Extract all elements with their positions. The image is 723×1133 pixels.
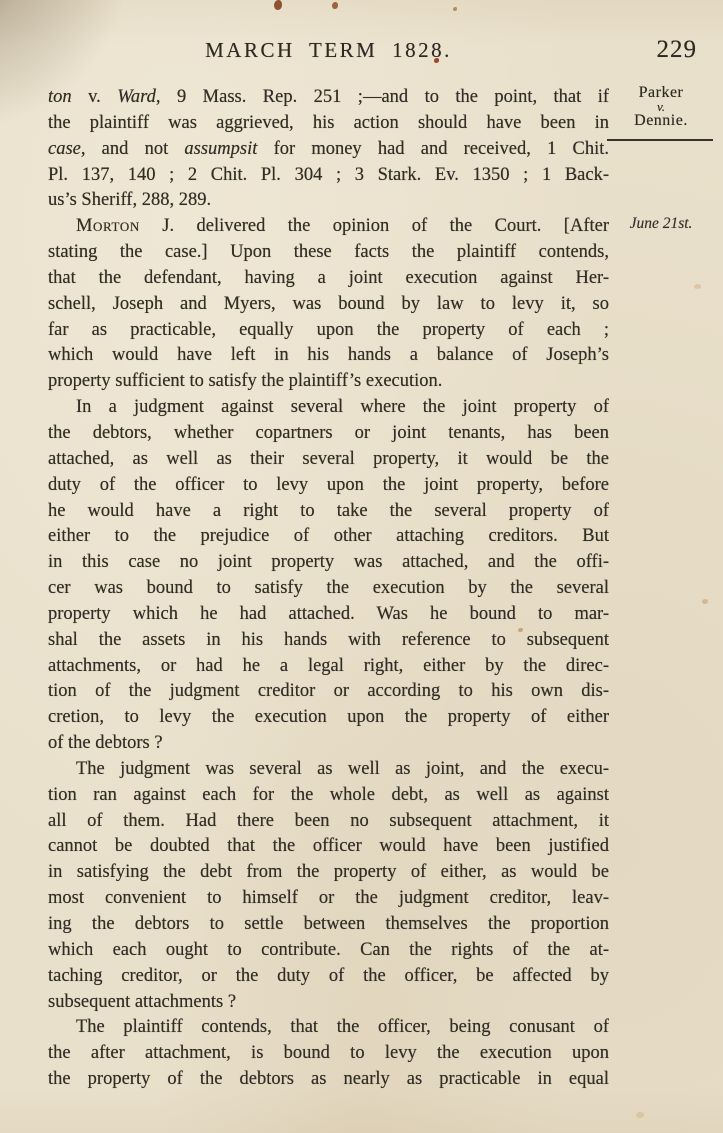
- scanned-page: MARCH TERM 1828. 229 ton v. Ward, 9 Mass…: [0, 0, 723, 1133]
- text-line: the property of the debtors as nearly as…: [48, 1067, 609, 1093]
- body-text: which each ought to contribute. Can the …: [48, 940, 609, 960]
- text-line: property sufficient to satisfy the plain…: [48, 369, 609, 395]
- body-text: property sufficient to satisfy the plain…: [48, 371, 442, 391]
- body-text: the debtors, whether copartners or joint…: [48, 423, 609, 443]
- text-line: Morton J. delivered the opinion of the C…: [48, 214, 609, 240]
- text-line: us’s Sheriff, 288, 289.: [48, 188, 609, 214]
- body-text: the plaintiff was aggrieved, his action …: [48, 113, 609, 133]
- body-text: v.: [72, 87, 118, 107]
- body-text: subsequent attachments ?: [48, 992, 236, 1012]
- small-caps-text: Morton: [76, 216, 140, 236]
- paragraph: ton v. Ward, 9 Mass. Rep. 251 ;—and to t…: [48, 85, 609, 214]
- body-text: he would have a right to take the severa…: [48, 501, 609, 521]
- text-line: most convenient to himself or the judgme…: [48, 886, 609, 912]
- text-line: that the defendant, having a joint execu…: [48, 266, 609, 292]
- text-line: which would have left in his hands a bal…: [48, 343, 609, 369]
- text-line: cannot be doubted that the officer would…: [48, 834, 609, 860]
- body-text: us’s Sheriff, 288, 289.: [48, 190, 211, 210]
- text-line: Pl. 137, 140 ; 2 Chit. Pl. 304 ; 3 Stark…: [48, 163, 609, 189]
- margin-date-note: June 21st.: [606, 215, 716, 233]
- text-line: property which he had attached. Was he b…: [48, 602, 609, 628]
- foxing-spot: [453, 7, 457, 11]
- body-text: either to the prejudice of other attachi…: [48, 526, 609, 546]
- body-text: attached, as well as their several prope…: [48, 449, 609, 469]
- text-line: attachments, or had he a legal right, ei…: [48, 654, 609, 680]
- italic-text: assumpsit: [184, 139, 257, 159]
- body-text: tion of the judgment creditor or accordi…: [48, 681, 609, 701]
- body-text: , 9 Mass. Rep. 251 ;—and to the point, t…: [156, 87, 609, 107]
- text-line: of the debtors ?: [48, 731, 609, 757]
- body-text: most convenient to himself or the judgme…: [48, 888, 609, 908]
- text-line: The plaintiff contends, that the officer…: [48, 1015, 609, 1041]
- paragraph: The plaintiff contends, that the officer…: [48, 1015, 609, 1093]
- text-line: the after attachment, is bound to levy t…: [48, 1041, 609, 1067]
- body-text: , and not: [81, 139, 185, 159]
- text-line: shal the assets in his hands with refere…: [48, 628, 609, 654]
- text-line: case, and not assumpsit for money had an…: [48, 137, 609, 163]
- text-line: duty of the officer to levy upon the joi…: [48, 473, 609, 499]
- body-text: cannot be doubted that the officer would…: [48, 836, 609, 856]
- text-line: ton v. Ward, 9 Mass. Rep. 251 ;—and to t…: [48, 85, 609, 111]
- case-versus-label: v.: [606, 101, 716, 112]
- text-line: The judgment was several as well as join…: [48, 757, 609, 783]
- page-body: ton v. Ward, 9 Mass. Rep. 251 ;—and to t…: [48, 85, 609, 1093]
- text-line: ing the debtors to settle between themse…: [48, 912, 609, 938]
- text-line: taching creditor, or the duty of the off…: [48, 964, 609, 990]
- text-line: subsequent attachments ?: [48, 990, 609, 1016]
- body-text: stating the case.] Upon these facts the …: [48, 242, 609, 262]
- italic-text: Ward: [117, 87, 156, 107]
- text-line: he would have a right to take the severa…: [48, 499, 609, 525]
- foxing-spot: [274, 0, 282, 10]
- body-text: ing the debtors to settle between themse…: [48, 914, 609, 934]
- margin-note-divider: [607, 139, 713, 141]
- body-text: schell, Joseph and Myers, was bound by l…: [48, 294, 609, 314]
- text-line: tion of the judgment creditor or accordi…: [48, 679, 609, 705]
- text-line: the debtors, whether copartners or joint…: [48, 421, 609, 447]
- text-line: which each ought to contribute. Can the …: [48, 938, 609, 964]
- case-party-defendant: Dennie.: [606, 112, 716, 129]
- body-text: far as practicable, equally upon the pro…: [48, 320, 609, 340]
- margin-case-name: Parker v. Dennie.: [606, 84, 716, 129]
- body-text: cretion, to levy the execution upon the …: [48, 707, 609, 727]
- body-text: all of them. Had there been no subsequen…: [48, 811, 609, 831]
- text-line: cretion, to levy the execution upon the …: [48, 705, 609, 731]
- body-text: property which he had attached. Was he b…: [48, 604, 609, 624]
- text-line: schell, Joseph and Myers, was bound by l…: [48, 292, 609, 318]
- foxing-spot: [332, 2, 338, 9]
- body-text: which would have left in his hands a bal…: [48, 345, 609, 365]
- text-line: in this case no joint property was attac…: [48, 550, 609, 576]
- body-text: attachments, or had he a legal right, ei…: [48, 656, 609, 676]
- text-line: cer was bound to satisfy the execution b…: [48, 576, 609, 602]
- paragraph: In a judgment against several where the …: [48, 395, 609, 757]
- text-line: attached, as well as their several prope…: [48, 447, 609, 473]
- italic-text: ton: [48, 87, 72, 107]
- text-line: the plaintiff was aggrieved, his action …: [48, 111, 609, 137]
- body-text: duty of the officer to levy upon the joi…: [48, 475, 609, 495]
- body-text: in this case no joint property was attac…: [48, 552, 609, 572]
- body-text: The judgment was several as well as join…: [76, 759, 609, 779]
- text-line: tion ran against each for the whole debt…: [48, 783, 609, 809]
- body-text: tion ran against each for the whole debt…: [48, 785, 609, 805]
- body-text: that the defendant, having a joint execu…: [48, 268, 609, 288]
- paragraph: The judgment was several as well as join…: [48, 757, 609, 1015]
- text-line: far as practicable, equally upon the pro…: [48, 318, 609, 344]
- body-text: shal the assets in his hands with refere…: [48, 630, 609, 650]
- body-text: In a judgment against several where the …: [76, 397, 609, 417]
- body-text: the property of the debtors as nearly as…: [48, 1069, 609, 1089]
- body-text: cer was bound to satisfy the execution b…: [48, 578, 609, 598]
- body-text: the after attachment, is bound to levy t…: [48, 1043, 609, 1063]
- body-text: The plaintiff contends, that the officer…: [76, 1017, 609, 1037]
- body-text: Pl. 137, 140 ; 2 Chit. Pl. 304 ; 3 Stark…: [48, 165, 609, 185]
- text-line: stating the case.] Upon these facts the …: [48, 240, 609, 266]
- text-line: all of them. Had there been no subsequen…: [48, 809, 609, 835]
- body-text: in satisfying the debt from the property…: [48, 862, 609, 882]
- page-title: MARCH TERM 1828.: [48, 38, 609, 63]
- italic-text: case: [48, 139, 81, 159]
- paragraph: Morton J. delivered the opinion of the C…: [48, 214, 609, 395]
- body-text: J. delivered the opinion of the Court. […: [140, 216, 609, 236]
- text-line: in satisfying the debt from the property…: [48, 860, 609, 886]
- margin-notes-column: Parker v. Dennie. June 21st.: [606, 0, 716, 1133]
- text-line: In a judgment against several where the …: [48, 395, 609, 421]
- text-line: either to the prejudice of other attachi…: [48, 524, 609, 550]
- body-text: taching creditor, or the duty of the off…: [48, 966, 609, 986]
- body-text: for money had and received, 1 Chit.: [257, 139, 609, 159]
- body-text: of the debtors ?: [48, 733, 163, 753]
